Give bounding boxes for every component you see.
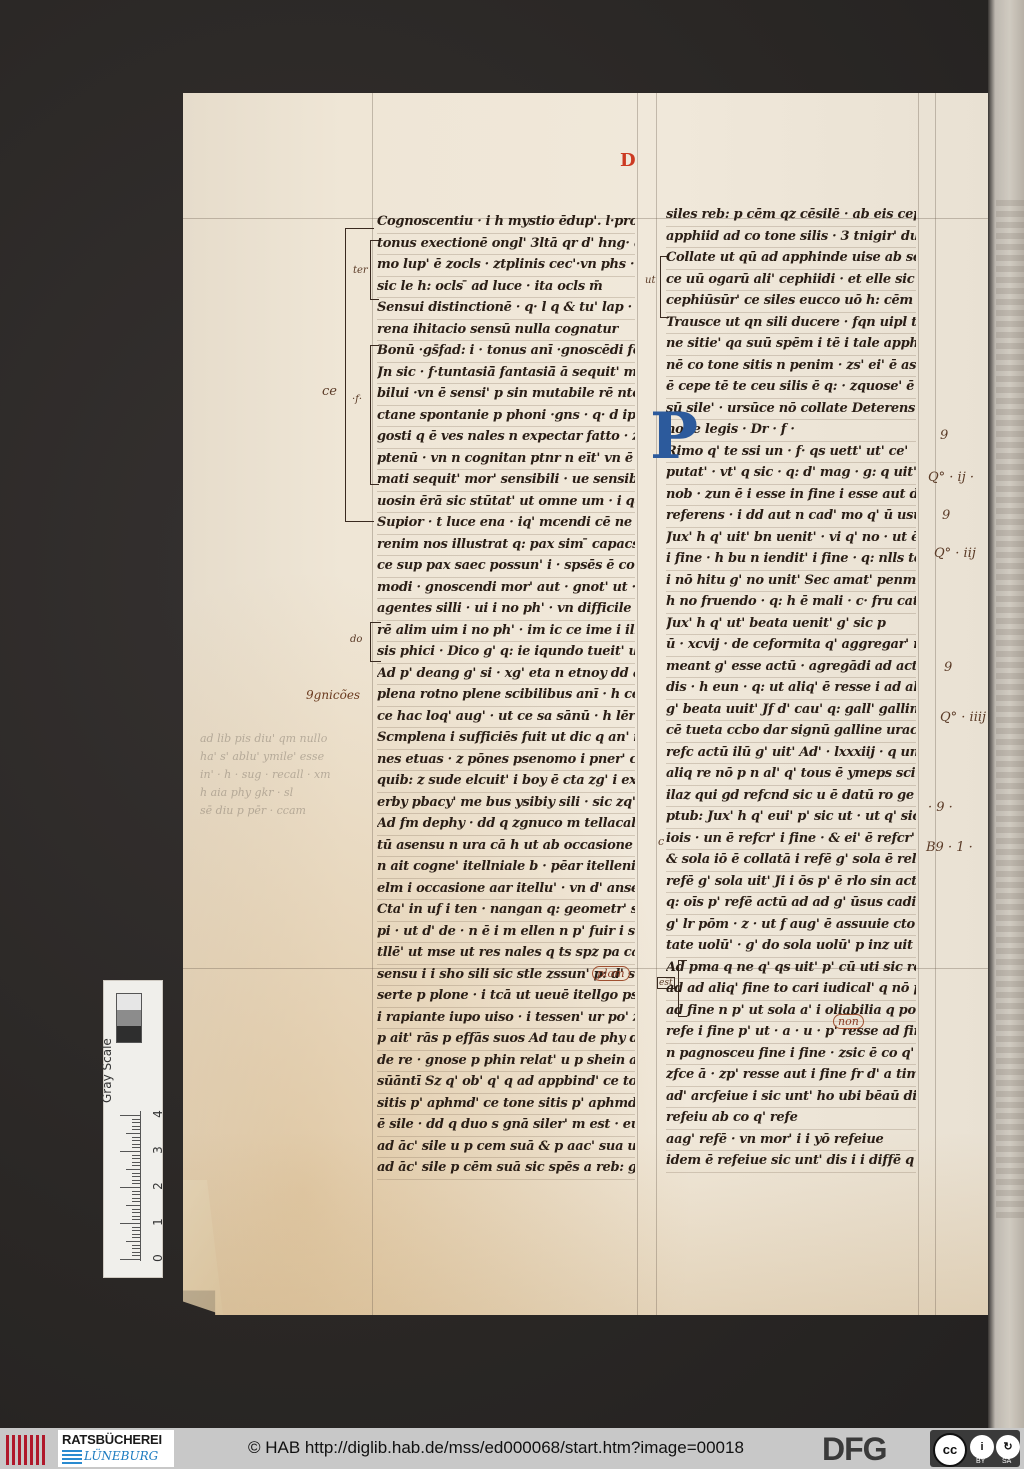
manuscript-line: referens · i dd aut n cad' mo q' ū usus …	[666, 506, 916, 528]
ruler-tick	[132, 1122, 140, 1123]
cc-license-badge[interactable]: cc i ↻ BY SA	[930, 1430, 1020, 1467]
manuscript-line: refeiu ab co q' refe	[666, 1108, 916, 1130]
manuscript-line: tū asensu n ura cā h ut ab occasione q s…	[377, 836, 635, 858]
ruling-line	[935, 93, 936, 1315]
ruler-tick	[132, 1212, 140, 1213]
manuscript-line: sic le h: ocls ̄ ad luce · ita ocls m̄	[377, 277, 635, 299]
ruler-number: 4	[151, 1110, 165, 1118]
ruler-number: 2	[151, 1182, 165, 1190]
manuscript-line: Cta' in uf i ten · nangan q: geometr' se…	[377, 900, 635, 922]
manuscript-line: nes etuas · z pōnes psenomo i pner' cēm'…	[377, 750, 635, 772]
manuscript-line: i fine · h bu n iendit' i fine · q: nlls…	[666, 549, 916, 571]
copyright-link[interactable]: © HAB http://diglib.hab.de/mss/ed000068/…	[248, 1438, 744, 1458]
manuscript-line: sitis p' aphmd' ce tone sitis p' aphmd' …	[377, 1094, 635, 1116]
margin-note-right: 9	[940, 428, 948, 443]
ruler-tick	[132, 1183, 140, 1184]
manuscript-line: cē tueta ccbo dar signū galline uractiū …	[666, 721, 916, 743]
ruler-tick	[132, 1140, 140, 1141]
manuscript-line: ptenū · vn n cognitan ptnr n eīt' vn ē s…	[377, 449, 635, 471]
ruler-tick	[132, 1237, 140, 1238]
running-header-letter: D	[620, 150, 636, 171]
faint-margin-line: ha' s' ablu' ymile' esse	[200, 748, 331, 766]
manuscript-line: ad āc' sile u p cem suā & p aac' sua ut …	[377, 1137, 635, 1159]
manuscript-line: Ad pma q ne q' qs uit' p' cū uti sic ref…	[666, 958, 916, 980]
header-letter-text: D	[620, 150, 636, 171]
ruler-tick	[132, 1234, 140, 1235]
manuscript-line: Collate ut qū ad apphinde uise ab solu' …	[666, 248, 916, 270]
manuscript-line: pi · ut d' de · n ē i m ellen n p' fuir …	[377, 922, 635, 944]
wave-icon	[62, 1450, 82, 1464]
ruler-tick	[126, 1133, 140, 1134]
manuscript-line: Trausce ut qn sili ducere · fqn uipl ti …	[666, 313, 916, 335]
ruler-tick	[132, 1158, 140, 1159]
manuscript-line: bilui ·vn ē sensi' p sin mutabile rē nte…	[377, 384, 635, 406]
manuscript-line: ptub: Jux' h q' eui' p' sic ut · ut q' s…	[666, 807, 916, 829]
sa-sharealike-icon: ↻	[996, 1435, 1020, 1459]
manuscript-line: ē cepe tē te ceu silis ē q: · zquose' ē …	[666, 377, 916, 399]
manuscript-line: Sensui distinctionē · q· l q & tu' lap ·…	[377, 298, 635, 320]
margin-note-right: Q° · ij ·	[928, 470, 974, 485]
manuscript-line: Supior · t luce ena · iq' mcendi cē ne ·…	[377, 513, 635, 535]
manuscript-line: cephiūsūr' ce siles eucco uō h: cēm · a …	[666, 291, 916, 313]
manuscript-line: tonus exectionē ongl' 3ltā qr d' hng· q·…	[377, 234, 635, 256]
manuscript-line: i nō hitu g' no unit' Sec amat' penm' ·	[666, 571, 916, 593]
bracket-label-right-lower: c	[658, 835, 664, 848]
sa-label: SA	[1002, 1458, 1011, 1465]
facing-page-text-bleed	[996, 200, 1024, 1220]
ruler-tick	[132, 1176, 140, 1177]
cc-icon: cc	[933, 1433, 967, 1467]
manuscript-line: gosti q ē ves nales n expectar fatto · z…	[377, 427, 635, 449]
manuscript-line: putat' · vt' q sic · q: d' mag · g: q ui…	[666, 463, 916, 485]
centimeter-ruler: 01234	[118, 1111, 141, 1261]
ruler-tick	[120, 1151, 140, 1152]
swatch-dark	[117, 1026, 141, 1042]
manuscript-line: g' beata uuit' Jf d' cau' q: gall' galli…	[666, 700, 916, 722]
manuscript-line: Jux' h q' ut' beata uenit' g' sic p	[666, 614, 916, 636]
margin-note-right: Q° · iiij	[940, 710, 986, 725]
bracket-label-lower: do	[350, 634, 362, 645]
ruler-tick	[132, 1129, 140, 1130]
manuscript-line: & sola iō ē collatā i refē g' sola ē rel…	[666, 850, 916, 872]
margin-note-right: 9	[942, 508, 950, 523]
margin-note-right: 9	[944, 660, 952, 675]
ruler-tick	[132, 1165, 140, 1166]
manuscript-line: ce sup pax saec possun' i · spsēs ē cota…	[377, 556, 635, 578]
ruler-tick	[132, 1255, 140, 1256]
manuscript-line: ū · xcvij · de ceformita q' aggregar' me…	[666, 635, 916, 657]
manuscript-line: agentes silli · ui i no ph' · vn diffici…	[377, 599, 635, 621]
ruler-tick	[120, 1187, 140, 1188]
ruler-tick	[120, 1223, 140, 1224]
manuscript-line: plena rotno plene scibilibus anī · h cep…	[377, 685, 635, 707]
ruler-tick	[132, 1162, 140, 1163]
library-logo-bars-icon	[6, 1435, 46, 1465]
right-text-column: siles reb: p cēm qz cēsilē · ab eis cep …	[666, 205, 916, 1173]
by-label: BY	[976, 1458, 985, 1465]
ruler-number: 3	[151, 1146, 165, 1154]
ruler-tick	[132, 1180, 140, 1181]
manuscript-line: refē g' sola uit' Ji i ōs p' ē rlo sin a…	[666, 872, 916, 894]
manuscript-line: serte p plone · i tcā ut ueuē itellgo ps…	[377, 986, 635, 1008]
logo-top-text: RATSBÜCHEREI	[62, 1432, 162, 1447]
by-attribution-icon: i	[970, 1435, 994, 1459]
manuscript-line: rena ihitacio sensū nulla cognatur	[377, 320, 635, 342]
manuscript-line: Bonū ·gs̄fad: i · tonus anī ·gnoscēdi fē…	[377, 341, 635, 363]
manuscript-line: Cognoscentiu · i h mystio ēdup'. l·prop	[377, 212, 635, 234]
ruler-tick	[132, 1155, 140, 1156]
manuscript-line: n pagnosceu fine i fine · zsic ē co q' r…	[666, 1044, 916, 1066]
manuscript-line: ce uū ogarū ali' cephiidi · et elle sic …	[666, 270, 916, 292]
manuscript-line: aliq re nō p n al' q' tous ē ymeps sciue	[666, 764, 916, 786]
manuscript-line: tate uolū' · g' do sola uolū' p inz uit …	[666, 936, 916, 958]
ruler-tick	[126, 1241, 140, 1242]
manuscript-line: ad ad aliq' fine to cari iudical' q nō p…	[666, 979, 916, 1001]
manuscript-line: sis phici · Dico g' q: ie iqundo tueit' …	[377, 642, 635, 664]
ruler-tick	[132, 1245, 140, 1246]
bracket-label-inner-mid: ·f·	[352, 394, 362, 405]
manuscript-line: meant g' esse actū · agregādi ad actū co…	[666, 657, 916, 679]
ruler-tick	[132, 1126, 140, 1127]
ratsbuecherei-logo[interactable]: RATSBÜCHEREI LÜNEBURG	[58, 1430, 174, 1467]
manuscript-line: ad fine n p' ut sola a' i oliabilia q po…	[666, 1001, 916, 1023]
manuscript-line: renim nos illustrat q: pax sim ̄ capacs …	[377, 535, 635, 557]
manuscript-line: Rimo q' te ssi un · f· qs uett' ut' ce'	[666, 442, 916, 464]
ruler-tick	[126, 1205, 140, 1206]
ruler-tick	[132, 1227, 140, 1228]
manuscript-line: modi · gnoscendi mor' aut · gnot' ut · q…	[377, 578, 635, 600]
manuscript-line: n ait cogne' itellniale b · pēar itellen…	[377, 857, 635, 879]
manuscript-line: sūāntī Sz q' ob' q' q ad appbind' ce ton…	[377, 1072, 635, 1094]
manuscript-line: ctane spontanie p phoni ·gns · q· d ipi …	[377, 406, 635, 428]
bracket-label-right-top: ut	[645, 275, 655, 286]
manuscript-line: sū sile' · ursūce nō collate Deterens si…	[666, 399, 916, 421]
ruler-tick	[132, 1198, 140, 1199]
ruler-tick	[132, 1137, 140, 1138]
manuscript-line: rē alim uim i no ph' · im ic ce ime i il…	[377, 621, 635, 643]
swatch-mid	[117, 1010, 141, 1026]
manuscript-line: q: oīs p' refē actū ad ad g' ūsus cadit'…	[666, 893, 916, 915]
manuscript-line: ce hac loq' aug' · ut ce sa sānū · h lēr…	[377, 707, 635, 729]
ruler-tick	[132, 1216, 140, 1217]
manuscript-line: nē co tone sitis n penim · zs' ei' ē ass…	[666, 356, 916, 378]
manuscript-line: zfce ā · zp' resse aut i fine fr d' a ti…	[666, 1065, 916, 1087]
manuscript-line: nob · zun ē i esse in fine i esse aut d'…	[666, 485, 916, 507]
manuscript-line: h no fruendo · q: h ē mali · c· fru cata…	[666, 592, 916, 614]
swatch-light	[117, 994, 141, 1010]
manuscript-line: Ad fm dephy · dd q zgnuco m tellacal b: …	[377, 814, 635, 836]
ruler-number: 1	[151, 1218, 165, 1226]
bracket-label-outer: ce	[322, 384, 337, 399]
ruler-tick	[132, 1147, 140, 1148]
manuscript-line: refc actū ilū g' uit' Ad' · lxxxiij · q …	[666, 743, 916, 765]
decorated-initial-p: P	[650, 407, 696, 467]
faint-margin-line: ad lib pis diu' qm nullo	[200, 730, 331, 748]
manuscript-line: Ad p' deang g' si · xg' eta n etnoy dd q…	[377, 664, 635, 686]
ruling-line	[918, 93, 919, 1315]
margin-note-right: Q° · iij	[934, 546, 976, 561]
footer-bar: RATSBÜCHEREI LÜNEBURG © HAB http://digli…	[0, 1428, 1024, 1469]
ruler-tick	[132, 1201, 140, 1202]
manuscript-line: idem ē refeiue sic unt' dis i i diffē q …	[666, 1151, 916, 1173]
catchword-left: plom	[592, 966, 630, 981]
dfg-logo[interactable]: DFG	[822, 1431, 887, 1468]
ruler-tick	[132, 1173, 140, 1174]
manuscript-line: tllē' ut mse ut res nales q ts spz pa ca…	[377, 943, 635, 965]
ruling-line	[656, 93, 657, 1315]
manuscript-line: ad' arcfeiue i sic unt' ho ubi bēaū diff…	[666, 1087, 916, 1109]
manuscript-line: dis · h eun · q: ut aliq' ē resse i ad a…	[666, 678, 916, 700]
manuscript-line: Jux' h q' uit' bn uenit' · vi q' no · ut…	[666, 528, 916, 550]
margin-note-left-main: 9gnicões	[306, 688, 360, 702]
margin-note-right: B9 · 1 ·	[926, 840, 973, 855]
faint-margin-line: in' · h · sug · recall · xm	[200, 766, 331, 784]
margin-note-right: · 9 ·	[928, 800, 953, 815]
gray-scale-card: Gray Scale 01234	[103, 980, 163, 1278]
margin-note-left-faint: ad lib pis diu' qm nulloha' s' ablu' ymi…	[200, 730, 331, 820]
ruler-tick	[132, 1144, 140, 1145]
ruler-tick	[132, 1191, 140, 1192]
manuscript-line: uosin ērā sic stūtat' ut omne um · i qē …	[377, 492, 635, 514]
gray-scale-label: Gray Scale	[100, 1063, 160, 1103]
manuscript-line: i rapiante iupo uiso · i tessen' ur po' …	[377, 1008, 635, 1030]
ruler-tick	[126, 1169, 140, 1170]
manuscript-line: mati sequit' mor' sensibili · ue sensib'…	[377, 470, 635, 492]
manuscript-line: iois · un ē refcr' i fine · & ei' ē refc…	[666, 829, 916, 851]
ruler-tick	[120, 1115, 140, 1116]
ruler-tick	[132, 1119, 140, 1120]
manuscript-line: mo lup' ē zocls · ztplinis cec'·vn phs ·…	[377, 255, 635, 277]
left-text-column: Cognoscentiu · i h mystio ēdup'. l·propt…	[377, 212, 635, 1180]
ruler-tick	[120, 1259, 140, 1260]
ruler-tick	[132, 1209, 140, 1210]
manuscript-line: apphiid ad co tone silis · 3 tnigir' dup…	[666, 227, 916, 249]
gray-swatches	[116, 993, 142, 1043]
manuscript-line: aag' refē · vn mor' i i yō refeiue	[666, 1130, 916, 1152]
catchword-bottom: non	[833, 1014, 864, 1029]
bracket-label-inner-top: ter	[353, 265, 368, 276]
manuscript-line: refe i fine p' ut · a · u · p' resse ad …	[666, 1022, 916, 1044]
manuscript-line: elm i occasione aar itellu' · vn d' anse…	[377, 879, 635, 901]
manuscript-line: siles reb: p cēm qz cēsilē · ab eis cep …	[666, 205, 916, 227]
faint-margin-line: h aia phy gkr · sl	[200, 784, 331, 802]
manuscript-line: ē sile · dd q duo s gnā siler' m est · e…	[377, 1115, 635, 1137]
ruler-tick	[132, 1194, 140, 1195]
ruler-tick	[132, 1252, 140, 1253]
manuscript-line: p ait' rās p effās suos Ad tau de phy dd…	[377, 1029, 635, 1051]
ruling-line	[637, 93, 638, 1315]
manuscript-line: ilaz qui gd refcnd sic u ē datū ro ge	[666, 786, 916, 808]
manuscript-line: g' lr pōm · z · ut f aug' ē assuuie cto …	[666, 915, 916, 937]
ruler-number: 0	[151, 1254, 165, 1262]
faint-margin-line: sē diu p pēr · ccam	[200, 802, 331, 820]
manuscript-line: Jn sic · f·tuntasiā̄ fantasiā̄ ā sequit'…	[377, 363, 635, 385]
ruler-tick	[132, 1219, 140, 1220]
manuscript-line: erby pbacy' me bus ysibiy sili · sic zq'…	[377, 793, 635, 815]
manuscript-line: quib: z sude elcuit' i boy ē cta zg' i e…	[377, 771, 635, 793]
logo-bottom-text: LÜNEBURG	[84, 1449, 158, 1463]
manuscript-line: de re · gnose p phin relat' u p shein ab…	[377, 1051, 635, 1073]
manuscript-line: ad āc' sile p cēm suā sic spēs a reb: gē…	[377, 1158, 635, 1180]
manuscript-line: noue legis · Dr · f ·	[666, 420, 916, 442]
manuscript-line: Scmplena i sufficiēs fuit ut dic q an' i…	[377, 728, 635, 750]
ruler-tick	[132, 1230, 140, 1231]
ruler-tick	[132, 1248, 140, 1249]
manuscript-line: ne sitie' qa suū spēm i tē i tale apphin…	[666, 334, 916, 356]
